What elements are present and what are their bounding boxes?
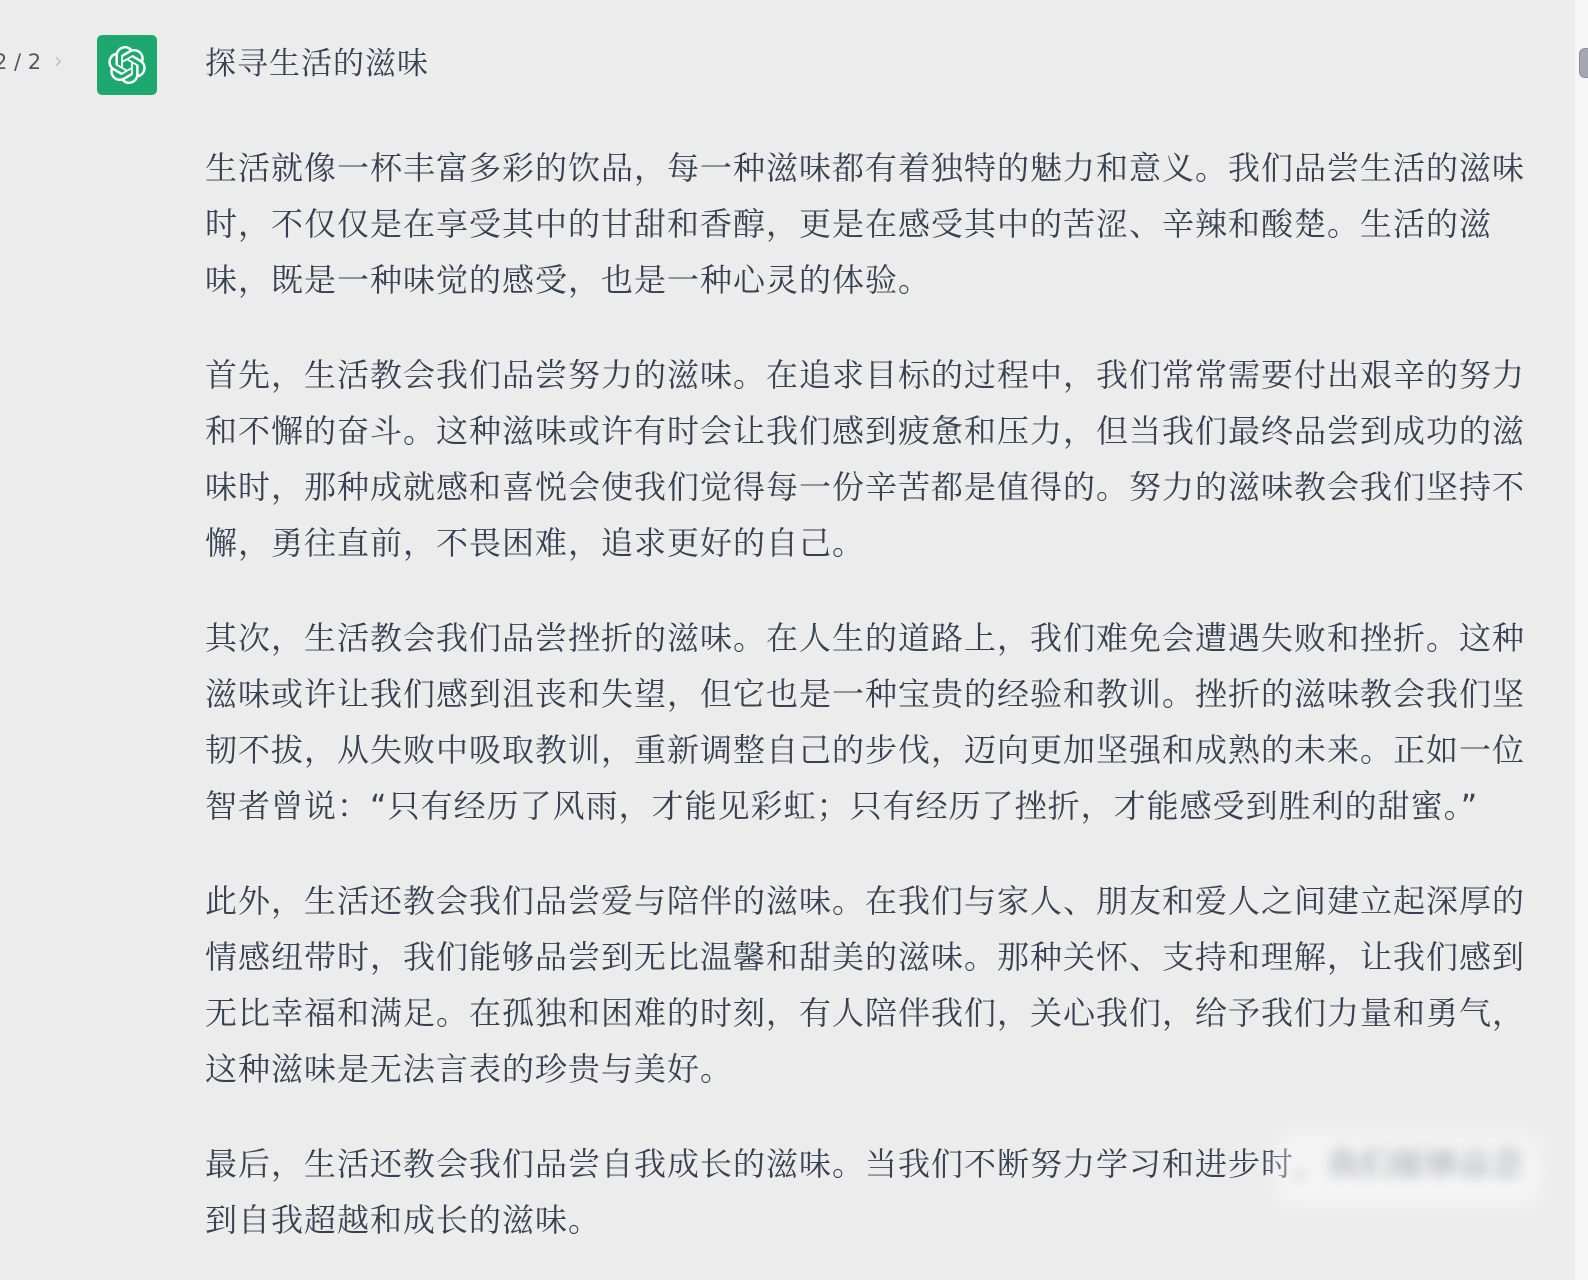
assistant-avatar (97, 35, 157, 95)
essay-paragraph-4: 此外，生活还教会我们品尝爱与陪伴的滋味。在我们与家人、朋友和爱人之间建立起深厚的… (205, 873, 1527, 1097)
essay-paragraph-5: 最后，生活还教会我们品尝自我成长的滋味。当我们不断努力学习和进步时，我们能够品尝… (205, 1136, 1527, 1248)
essay-paragraph-1: 生活就像一杯丰富多彩的饮品，每一种滋味都有着独特的魅力和意义。我们品尝生活的滋味… (205, 140, 1527, 308)
chat-screen: 2 / 2 › 探寻生活的滋味 生活就像一杯丰富多彩的饮品，每一种滋味都有着独特… (0, 0, 1588, 1280)
last-paragraph-start: 最后，生活还教会我们品尝自我成长的滋味。当我们不断努力学习和进步时 (205, 1145, 1294, 1183)
essay-paragraph-3: 其次，生活教会我们品尝挫折的滋味。在人生的道路上，我们难免会遭遇失败和挫折。这种… (205, 610, 1527, 834)
chevron-right-icon[interactable]: › (54, 51, 63, 73)
blurred-text-smudge: ，我们能够品尝 (1294, 1145, 1525, 1183)
last-paragraph-end: 到自我超越和成长的滋味。 (205, 1201, 601, 1239)
chatgpt-logo-icon (108, 46, 146, 84)
response-pagination: 2 / 2 › (0, 48, 63, 76)
assistant-message: 探寻生活的滋味 生活就像一杯丰富多彩的饮品，每一种滋味都有着独特的魅力和意义。我… (205, 40, 1527, 1280)
scrollbar-thumb[interactable] (1579, 48, 1588, 78)
pagination-count: 2 / 2 (0, 48, 41, 76)
essay-paragraph-2: 首先，生活教会我们品尝努力的滋味。在追求目标的过程中，我们常常需要付出艰辛的努力… (205, 347, 1527, 571)
scrollbar-track[interactable] (1575, 0, 1588, 1280)
essay-title: 探寻生活的滋味 (205, 40, 1527, 88)
